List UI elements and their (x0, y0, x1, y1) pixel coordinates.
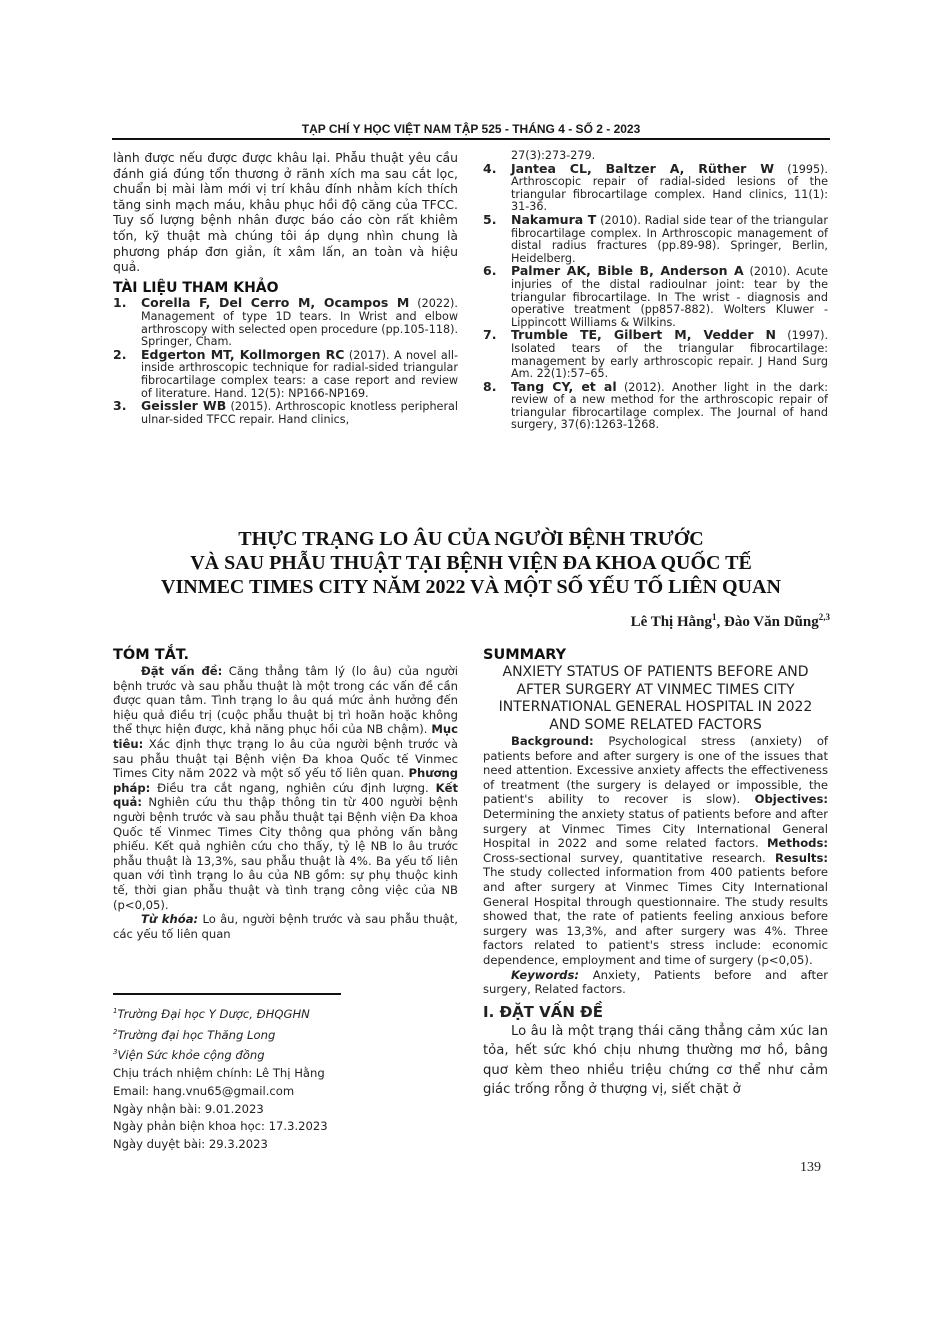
reference-item: 3. Geissler WB (2015). Arthroscopic knot… (113, 400, 458, 426)
affiliation-2: 2Trường đại học Thăng Long (113, 1024, 458, 1045)
reference-item: 1. Corella F, Del Cerro M, Ocampos M (20… (113, 297, 458, 348)
reference-item: 2. Edgerton MT, Kollmorgen RC (2017). A … (113, 349, 458, 400)
reference-item: 7. Trumble TE, Gilbert M, Vedder N (1997… (483, 329, 828, 380)
author-line: Lê Thị Hằng1, Đào Văn Dũng2,3 (631, 612, 830, 631)
references-heading: TÀI LIỆU THAM KHẢO (113, 281, 458, 297)
english-title: ANXIETY STATUS OF PATIENTS BEFORE AND AF… (483, 664, 828, 734)
abstract-vi-heading: TÓM TẮT. (113, 646, 458, 664)
footnote-rule (113, 993, 341, 995)
prev-article-right-column: 27(3):273-279. 4. Jantea CL, Baltzer A, … (483, 150, 828, 432)
reference-item: 6. Palmer AK, Bible B, Anderson A (2010)… (483, 265, 828, 329)
affiliation-3: 3Viện Sức khỏe cộng đồng (113, 1044, 458, 1065)
running-header: TẠP CHÍ Y HỌC VIỆT NAM TẬP 525 - THÁNG 4… (112, 122, 830, 136)
summary-body: Background: Psychological stress (anxiet… (483, 734, 828, 968)
journal-page: TẠP CHÍ Y HỌC VIỆT NAM TẬP 525 - THÁNG 4… (0, 0, 942, 1333)
prev-article-left-column: lành được nếu được được khâu lại. Phẫu t… (113, 150, 458, 426)
reference-item: 5. Nakamura T (2010). Radial side tear o… (483, 214, 828, 265)
vietnamese-abstract: TÓM TẮT. Đặt vấn đề: Căng thẳng tâm lý (… (113, 646, 458, 941)
author-name: Đào Văn Dũng (724, 614, 819, 630)
abstract-vi-body: Đặt vấn đề: Căng thẳng tâm lý (lo âu) củ… (113, 664, 458, 912)
affiliation-1: 1Trường Đại học Y Dược, ĐHQGHN (113, 1003, 458, 1024)
article-title: THỰC TRẠNG LO ÂU CỦA NGƯỜI BỆNH TRƯỚC VÀ… (100, 527, 842, 599)
page-number: 139 (800, 1160, 821, 1176)
abstract-vi-keywords: Từ khóa: Lo âu, người bệnh trước và sau … (113, 912, 458, 941)
introduction-text: Lo âu là một trạng thái căng thẳng cảm x… (483, 1022, 828, 1100)
date-accepted: Ngày duyệt bài: 29.3.2023 (113, 1136, 458, 1154)
footnotes: 1Trường Đại học Y Dược, ĐHQGHN 2Trường đ… (113, 1003, 458, 1154)
summary-heading: SUMMARY (483, 646, 828, 664)
prev-article-closing-paragraph: lành được nếu được được khâu lại. Phẫu t… (113, 150, 458, 275)
reference-item: 4. Jantea CL, Baltzer A, Rüther W (1995)… (483, 163, 828, 214)
corresponding-author: Chịu trách nhiệm chính: Lê Thị Hằng (113, 1065, 458, 1083)
summary-keywords: Keywords: Anxiety, Patients before and a… (483, 968, 828, 997)
introduction-heading: I. ĐẶT VẤN ĐỀ (483, 1003, 828, 1022)
reference-item: 8. Tang CY, et al (2012). Another light … (483, 381, 828, 432)
email: Email: hang.vnu65@gmail.com (113, 1083, 458, 1101)
date-reviewed: Ngày phản biện khoa học: 17.3.2023 (113, 1118, 458, 1136)
english-summary: SUMMARY ANXIETY STATUS OF PATIENTS BEFOR… (483, 646, 828, 1100)
date-received: Ngày nhận bài: 9.01.2023 (113, 1101, 458, 1119)
header-rule (112, 138, 830, 140)
author-name: Lê Thị Hằng (631, 614, 712, 630)
